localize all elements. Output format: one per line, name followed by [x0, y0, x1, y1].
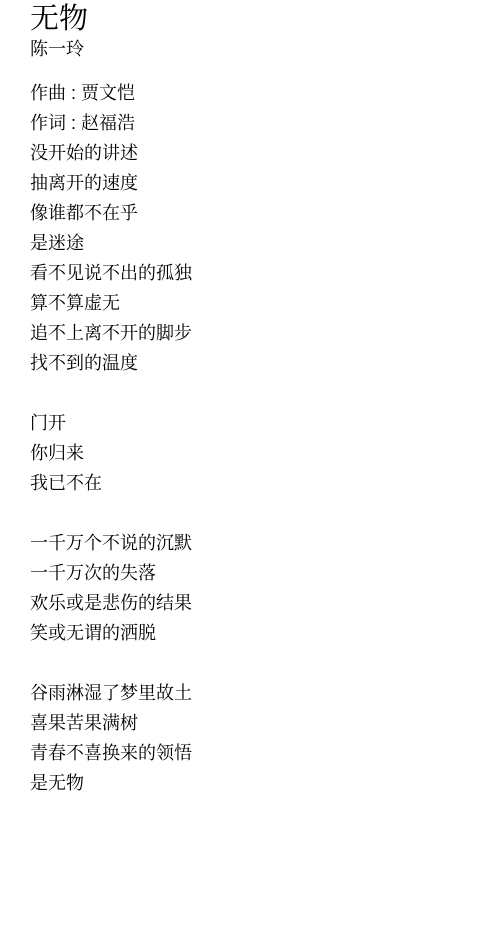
lyric-blank-line	[30, 378, 480, 408]
lyric-line: 是无物	[30, 768, 480, 798]
lyric-line: 我已不在	[30, 468, 480, 498]
lyric-line: 看不见说不出的孤独	[30, 258, 480, 288]
lyric-line: 一千万次的失落	[30, 558, 480, 588]
lyric-line: 像谁都不在乎	[30, 198, 480, 228]
lyric-line: 找不到的温度	[30, 348, 480, 378]
lyric-line: 算不算虚无	[30, 288, 480, 318]
lyric-line: 你归来	[30, 438, 480, 468]
lyrics-page: 无物 陈一玲 作曲 : 贾文恺作词 : 赵福浩没开始的讲述抽离开的速度像谁都不在…	[0, 0, 500, 798]
lyric-line: 喜果苦果满树	[30, 708, 480, 738]
song-title: 无物	[30, 2, 480, 36]
lyric-line: 作曲 : 贾文恺	[30, 78, 480, 108]
lyric-line: 青春不喜换来的领悟	[30, 738, 480, 768]
lyric-line: 笑或无谓的洒脱	[30, 618, 480, 648]
lyric-line: 欢乐或是悲伤的结果	[30, 588, 480, 618]
lyric-blank-line	[30, 498, 480, 528]
lyric-line: 抽离开的速度	[30, 168, 480, 198]
lyric-line: 没开始的讲述	[30, 138, 480, 168]
lyrics-block: 作曲 : 贾文恺作词 : 赵福浩没开始的讲述抽离开的速度像谁都不在乎是迷途看不见…	[30, 78, 480, 798]
lyric-line: 作词 : 赵福浩	[30, 108, 480, 138]
artist-name: 陈一玲	[30, 36, 480, 62]
lyric-line: 门开	[30, 408, 480, 438]
lyric-line: 追不上离不开的脚步	[30, 318, 480, 348]
lyric-blank-line	[30, 648, 480, 678]
lyric-line: 谷雨淋湿了梦里故土	[30, 678, 480, 708]
lyric-line: 一千万个不说的沉默	[30, 528, 480, 558]
lyric-line: 是迷途	[30, 228, 480, 258]
